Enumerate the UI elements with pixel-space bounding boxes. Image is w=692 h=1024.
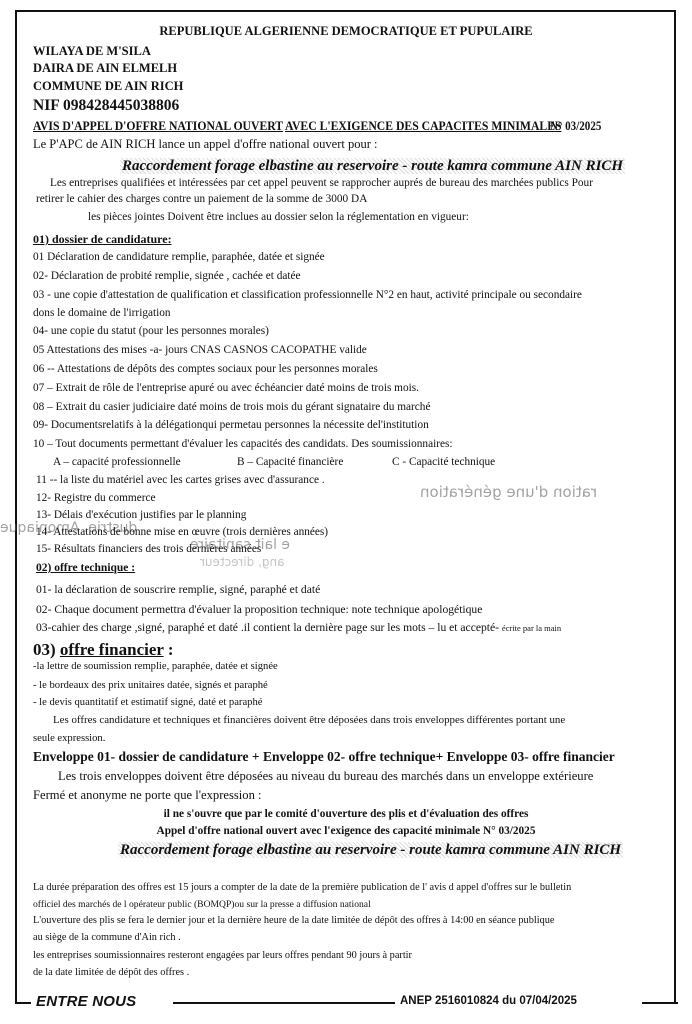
- candidature-item: 01 Déclaration de candidature remplie, p…: [33, 251, 325, 263]
- envelope-mention: il ne s'ouvre que par le comité d'ouvert…: [0, 808, 692, 820]
- candidature-item: 09- Documentsrelatifs à la délégationqui…: [33, 419, 429, 431]
- section-financial-colon: :: [164, 640, 174, 659]
- footer-section-label: ENTRE NOUS: [36, 993, 136, 1010]
- section-financial-title: 03) offre financier :: [33, 640, 174, 660]
- closing-line: officiel des marchés de l opérateur publ…: [33, 899, 371, 910]
- technical-item: 03-cahier des charge ,signé, paraphé et …: [36, 621, 561, 634]
- notice-title-part1: AVIS D'APPEL D'OFFRE NATIONAL OUVERT: [33, 118, 256, 134]
- section-candidature-title: 01) dossier de candidature:: [33, 232, 172, 247]
- envelope-project-title: Raccordement forage elbastine au reservo…: [118, 841, 623, 859]
- envelopes-list: Enveloppe 01- dossier de candidature + E…: [33, 749, 615, 765]
- frame-bottom-rule: [173, 1002, 395, 1004]
- daira-label: DAIRA DE AIN ELMELH: [33, 61, 177, 76]
- closing-line: L'ouverture des plis se fera le dernier …: [33, 915, 554, 926]
- candidature-item: 15- Résultats financiers des trois derni…: [36, 543, 261, 555]
- capacity-a: A – capacité professionnelle: [53, 456, 181, 468]
- intro-paragraph: Les entreprises qualifiées et intéressée…: [50, 177, 593, 189]
- candidature-item: 12- Registre du commerce: [36, 492, 156, 504]
- notice-title-part2: AVEC L'EXIGENCE DES CAPACITES MINIMALES: [285, 118, 524, 134]
- candidature-item: 10 – Tout documents permettant d'évaluer…: [33, 438, 453, 450]
- notice-number: N° 03/2025: [550, 118, 601, 134]
- capacity-b: B – Capacité financière: [237, 456, 343, 468]
- section-technical-title: 02) offre technique :: [36, 562, 135, 574]
- capacity-c: C - Capacité technique: [392, 456, 495, 468]
- closing-line: La durée préparation des offres est 15 j…: [33, 882, 571, 893]
- show-through-text: ang, directeur: [200, 555, 284, 569]
- intro-paragraph: retirer le cahier des charges contre un …: [36, 193, 367, 205]
- intro-paragraph: les pièces jointes Doivent être inclues …: [88, 211, 469, 223]
- candidature-item: 08 – Extrait du casier judiciaire daté m…: [33, 401, 430, 413]
- handwritten-note: écrite par la main: [502, 623, 561, 633]
- candidature-item: 06 -- Attestations de dépôts des comptes…: [33, 363, 378, 375]
- financial-item: -la lettre de soumission remplie, paraph…: [33, 661, 278, 672]
- candidature-item: 03 - une copie d'attestation de qualific…: [33, 289, 582, 301]
- closing-line: au siège de la commune d'Ain rich .: [33, 932, 181, 943]
- candidature-item: 14- Attestations de bonne mise en œuvre …: [36, 526, 328, 538]
- notice-title: AVIS D'APPEL D'OFFRE NATIONAL OUVERTAVEC…: [33, 118, 610, 134]
- technical-item-text: 03-cahier des charge ,signé, paraphé et …: [36, 621, 499, 634]
- envelopes-paragraph: seule expression.: [33, 733, 105, 744]
- wilaya-label: WILAYA DE M'SILA: [33, 44, 151, 59]
- frame-bottom-rule: [15, 1002, 31, 1004]
- technical-item: 02- Chaque document permettra d'évaluer …: [36, 603, 482, 616]
- project-title: Raccordement forage elbastine au reservo…: [120, 157, 625, 175]
- deposit-paragraph: Les trois enveloppes doivent être déposé…: [58, 769, 593, 784]
- envelope-project-title-text: Raccordement forage elbastine au reservo…: [118, 842, 623, 858]
- section-financial-number: 03): [33, 640, 56, 659]
- financial-item: - le bordeaux des prix unitaires datée, …: [33, 680, 268, 691]
- nif-number: NIF 098428445038806: [33, 97, 179, 115]
- candidature-item: 13- Délais d'exécution justifies par le …: [36, 509, 246, 521]
- section-financial-label: offre financier: [60, 640, 164, 659]
- frame-bottom-rule: [642, 1002, 678, 1004]
- technical-item: 01- la déclaration de souscrire remplie,…: [36, 583, 320, 596]
- financial-item: - le devis quantitatif et estimatif sign…: [33, 697, 262, 708]
- envelope-mention: Appel d'offre national ouvert avec l'exi…: [0, 825, 692, 837]
- intro-launch: Le P'APC de AIN RICH lance un appel d'of…: [33, 137, 377, 152]
- candidature-item: 02- Déclaration de probité remplie, sign…: [33, 270, 301, 282]
- commune-label: COMMUNE DE AIN RICH: [33, 79, 183, 94]
- show-through-text: ration d'une génération: [420, 483, 597, 501]
- candidature-item: 05 Attestations des mises -a- jours CNAS…: [33, 344, 367, 356]
- footer-anep-reference: ANEP 2516010824 du 07/04/2025: [400, 995, 577, 1007]
- candidature-item: 11 -- la liste du matériel avec les cart…: [36, 474, 325, 486]
- envelopes-paragraph: Les offres candidature et techniques et …: [53, 714, 565, 726]
- deposit-paragraph: Fermé et anonyme ne porte que l'expressi…: [33, 788, 262, 803]
- candidature-item: dons le domaine de l'irrigation: [33, 307, 171, 319]
- candidature-item: 04- une copie du statut (pour les person…: [33, 325, 269, 337]
- candidature-item: 07 – Extrait de rôle de l'entreprise apu…: [33, 382, 419, 394]
- project-title-text: Raccordement forage elbastine au reservo…: [120, 158, 625, 174]
- closing-line: de la date limitée de dépôt des offres .: [33, 967, 189, 978]
- republic-heading: REPUBLIQUE ALGERIENNE DEMOCRATIQUE ET PU…: [0, 24, 692, 39]
- closing-line: les entreprises soumissionnaires restero…: [33, 950, 412, 961]
